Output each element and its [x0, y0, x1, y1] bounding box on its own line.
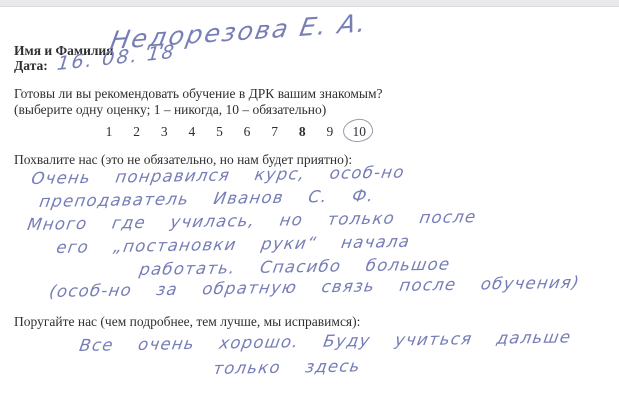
rating-10-selected: 10 — [352, 124, 366, 140]
praise-line-6: (особ-но за обратную связь после обучени… — [48, 273, 581, 301]
critique-label: Поругайте нас (чем подробнее, тем лучше,… — [14, 314, 360, 330]
rating-5: 5 — [214, 124, 224, 140]
critique-line-2: только здесь — [212, 356, 362, 378]
rating-1: 1 — [104, 124, 114, 140]
rating-8: 8 — [297, 124, 307, 140]
rating-7: 7 — [270, 124, 280, 140]
rating-6: 6 — [242, 124, 252, 140]
critique-line-1: Все очень хорошо. Буду учиться дальше — [78, 327, 573, 355]
praise-line-3: Много где училась, но только после — [26, 207, 478, 234]
rating-9: 9 — [325, 124, 335, 140]
date-label: Дата: — [14, 58, 48, 74]
rating-3: 3 — [159, 124, 169, 140]
rating-scale: 1 2 3 4 5 6 7 8 9 10 — [104, 122, 366, 142]
scanned-feedback-form: Имя и Фамилия Дата: Недорезова Е. А. 16.… — [0, 0, 619, 407]
praise-line-4: его „постановки руки“ начала — [55, 232, 412, 257]
praise-line-2: преподаватель Иванов С. Ф. — [38, 186, 376, 211]
recommend-question-hint: (выберите одну оценку; 1 – никогда, 10 –… — [14, 102, 326, 118]
scan-edge-artifact — [0, 0, 619, 7]
rating-4: 4 — [187, 124, 197, 140]
rating-10-value: 10 — [352, 124, 366, 139]
rating-2: 2 — [132, 124, 142, 140]
recommend-question: Готовы ли вы рекомендовать обучение в ДР… — [14, 86, 382, 102]
